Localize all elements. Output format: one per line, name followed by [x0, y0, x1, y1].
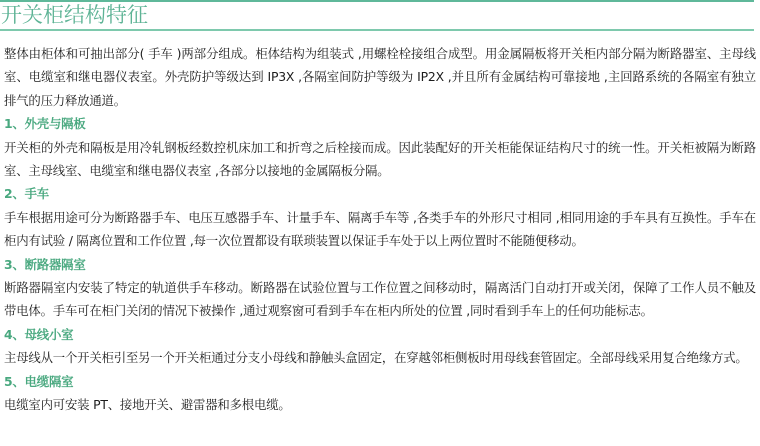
- section-body: 主母线从一个开关柜引至另一个开关柜通过分支小母线和静触头盒固定，在穿越邻柜侧板时…: [4, 346, 756, 369]
- document-page: 开关柜结构特征 整体由柜体和可抽出部分( 手车 )两部分组成。柜体结构为组装式 …: [0, 0, 760, 446]
- section-body: 电缆室内可安装 PT、接地开关、避雷器和多根电缆。: [4, 393, 756, 416]
- section-handcart: 2、手车 手车根据用途可分为断路器手车、电压互感器手车、计量手车、隔离手车等 ,…: [4, 182, 756, 252]
- section-breaker-compartment: 3、断路器隔室 断路器隔室内安装了特定的轨道供手车移动。断路器在试验位置与工作位…: [4, 253, 756, 323]
- section-heading: 1、外壳与隔板: [4, 112, 756, 135]
- section-body: 手车根据用途可分为断路器手车、电压互感器手车、计量手车、隔离手车等 ,各类手车的…: [4, 206, 756, 253]
- page-title: 开关柜结构特征: [1, 3, 148, 27]
- section-body: 断路器隔室内安装了特定的轨道供手车移动。断路器在试验位置与工作位置之间移动时，隔…: [4, 276, 756, 323]
- section-shell-partition: 1、外壳与隔板 开关柜的外壳和隔板是用冷轧钢板经数控机床加工和折弯之后栓接而成。…: [4, 112, 756, 182]
- title-bar: 开关柜结构特征: [0, 0, 754, 31]
- section-cable-compartment: 5、电缆隔室 电缆室内可安装 PT、接地开关、避雷器和多根电缆。: [4, 370, 756, 417]
- document-body: 整体由柜体和可抽出部分( 手车 )两部分组成。柜体结构为组装式 ,用螺栓栓接组合…: [4, 42, 756, 417]
- section-heading: 3、断路器隔室: [4, 253, 756, 276]
- section-body: 开关柜的外壳和隔板是用冷轧钢板经数控机床加工和折弯之后栓接而成。因此装配好的开关…: [4, 136, 756, 183]
- section-busbar-compartment: 4、母线小室 主母线从一个开关柜引至另一个开关柜通过分支小母线和静触头盒固定，在…: [4, 323, 756, 370]
- section-heading: 2、手车: [4, 182, 756, 205]
- section-heading: 5、电缆隔室: [4, 370, 756, 393]
- section-heading: 4、母线小室: [4, 323, 756, 346]
- intro-paragraph: 整体由柜体和可抽出部分( 手车 )两部分组成。柜体结构为组装式 ,用螺栓栓接组合…: [4, 42, 756, 112]
